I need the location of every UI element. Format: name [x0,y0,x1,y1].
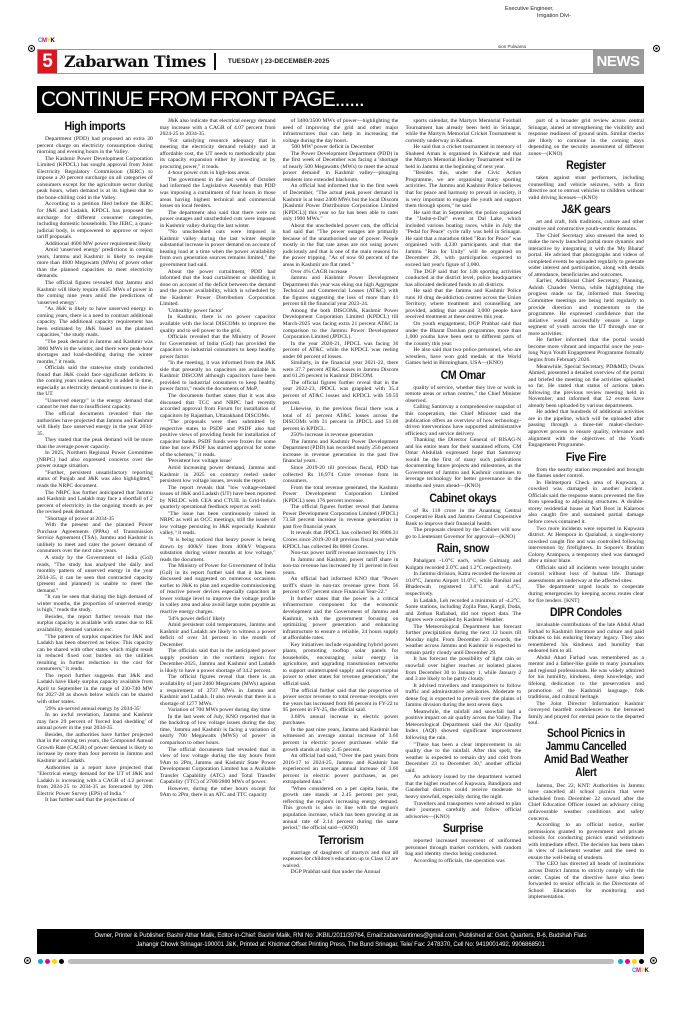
cmyk-k: K [50,38,54,44]
paragraph: In an awful revelation, Jammu and Kashmi… [37,712,153,732]
paragraph: The official figures reveal that there i… [160,674,276,707]
yellow-swatch [632,959,637,964]
article-headline: CM Omar [412,368,514,382]
paragraph: "There has been a clear improvement in a… [405,742,521,775]
paragraph: An advisory issued by the department war… [405,774,521,800]
paragraph: Officials said all incidents were brough… [528,565,644,585]
paragraph: part of a broader grid review across cen… [528,118,644,157]
paragraph: The proposals cleared by the Cabinet wil… [405,527,521,540]
paragraph: In Kashmir, there is no power capacitor … [160,314,276,334]
paragraph: Jammu and Kashmir Power Development Depa… [283,275,399,308]
paragraph: Pahalgam -1.0°C each, while Gulmarg and … [405,558,521,571]
paragraph: An official had informed that in the fir… [283,183,399,222]
section-badge: NEWS [593,50,643,73]
paragraph: "For satisfying resource adequacy that i… [160,138,276,171]
paragraph: The Meteorological Department has foreca… [405,624,521,657]
masthead-divider [214,53,216,70]
paragraph: "Unserved energy" is the energy demand t… [37,398,153,411]
paragraph: The Ministry of Power for Government of … [160,563,276,615]
paragraph: Jammu, Dec 22, KNT: Authorities in Jammu… [528,783,644,822]
article-columns: High imports Department (PDD) had propos… [37,118,644,926]
magenta-swatch [45,959,50,964]
paragraph: Abdul Ahad Farhad was remembered as a me… [528,655,644,701]
paragraph: Officials said the statewise study condu… [37,365,153,398]
paragraph: He said that in September, the police or… [405,210,521,269]
paragraph: Meanwhile, the rainfall and snowfall had… [405,709,521,742]
paragraph: The Kashmir Power Development Corporatio… [37,156,153,202]
paragraph: "As J&K is likely to have unserved energ… [37,306,153,339]
article-headline: DIPR Condoles [535,605,637,619]
paragraph: Amid 'unserved energy' predictions in co… [37,247,153,280]
paragraph: Two more incidents were reported in Kupw… [528,526,644,565]
paragraph: In Jammu division, Katra recorded the lo… [405,571,521,597]
cmyk-label: CMYK [38,38,55,44]
paragraph: The official figures further reveal that… [283,380,399,406]
subheading: 3.60% annual increase in electric power … [283,714,399,727]
paragraph: "It can be seen that during the high dem… [37,594,153,614]
column-4: sports calendar, the Martyrs Memorial Fo… [405,118,521,926]
top-note-line: Irrigation Divi- [505,13,635,20]
paragraph: However, during the other hours except f… [160,786,276,799]
paragraph: "The issue has been continuously raised … [160,511,276,537]
registration-mark-icon [650,957,657,964]
paragraph: It further states that the power is a cr… [283,596,399,642]
registration-mark-icon [653,45,660,52]
paragraph: reported increased movement of uniformed… [405,838,521,858]
article-headline: J&K gears [535,202,637,216]
yellow-swatch [52,959,57,964]
paragraph: Officials revealed that the Ministry of … [160,334,276,360]
paragraph: With the present and the planned Power P… [37,522,153,555]
article-headline: Terrorism [290,833,392,847]
registration-mark-icon [28,45,35,52]
paragraph: invaluable contributions of the late Abd… [528,622,644,655]
paragraph: "The peak demand in Jammu and Kashmir wa… [37,339,153,365]
subheading: Variation of 700 MWs power during day ti… [160,707,276,714]
subheading: Non-tax power tariff revenue increases b… [283,550,399,557]
paragraph: In the last week of July, KNO reported t… [160,714,276,747]
paragraph: The documents further states that it was… [160,393,276,419]
dateline: TUESDAY | 23-DECEMBER-2025 [220,50,593,73]
paragraph: quality of service, whether they live or… [405,385,521,405]
paragraph: "When considered on a per capita basis, … [283,786,399,832]
paragraph: The official figures further reveal that… [283,504,399,530]
column-2: J&K also indicate that electrical energy… [160,118,276,926]
paragraph: It has forecast the possibility of light… [405,656,521,682]
paragraph: The CEO has directed all heads of instit… [528,861,644,900]
paragraph: About the power curtailment, PDD had inf… [160,269,276,308]
paragraph: The official figures revealed that Jammu… [37,280,153,306]
article-headline: School Picnics in Jammu Cancelled Amid B… [535,728,637,780]
cmyk-k: K [644,968,648,974]
paragraph: "The proposals were then submitted by re… [160,419,276,458]
paragraph: The Jammu and Kashmir Power Development … [283,439,399,465]
paragraph: The government in the last week of Octob… [160,177,276,210]
paragraph: Among the both DISCOMs, Kashmir Power De… [283,308,399,341]
page-number: 5 [38,50,57,73]
paragraph: From the total revenue generated, the Ka… [283,485,399,505]
paragraph: An official had said, "Over the past yea… [283,753,399,786]
paragraph: J&K also indicate that electrical energy… [160,118,276,138]
paragraph: It reveals that JPDCL has collected Rs 8… [283,530,399,550]
black-swatch [639,959,644,964]
paragraph: "In the meeting, it was informed from th… [160,360,276,393]
paragraph: The department also said that there were… [160,210,276,230]
paragraph: It has further said that the projections… [37,797,153,804]
gray-bar [68,959,614,964]
banner-title: CONTINUE FROM FRONT PAGE...... [41,88,364,112]
cmyk-label: CMYK [632,968,649,974]
paragraph: The NRPC has further anticipated that Ja… [37,490,153,516]
paragraph: of Rs 118 crore in the Anantnag Central … [405,508,521,528]
paragraph: He added that hundreds of additional act… [528,409,644,448]
paragraph: He said that a cricket tournament in mem… [405,144,521,170]
article-headline: Five Fire [535,450,637,464]
paragraph: The official documents had revealed that… [160,747,276,786]
paragraph: Travellers and transporters were advised… [405,801,521,821]
paragraph: Earlier, Additional Chief Secretary, Pla… [528,278,644,337]
paragraph: Amid persistent cold temperatures, Jammu… [160,622,276,648]
paragraph: In the past nine years, Jammu and Kashmi… [283,727,399,753]
paragraph: Thanking the Director General of BISAG-N… [405,437,521,489]
black-swatch [59,959,64,964]
paragraph: Key initiatives include expanding hybrid… [283,642,399,688]
paragraph: taken against stunt performers, includin… [528,175,644,201]
paragraph: The Chief Secretary also stressed the ne… [528,233,644,279]
paragraph: The official documents revealed that the… [37,411,153,437]
paragraph: Authorities in a report have projected t… [37,765,153,798]
paragraph: According to officials, the operation wa… [405,858,521,865]
paragraph: of 3400/3500 MWs of power—highlighting t… [283,118,399,144]
paragraph: The report further suggests that J&K and… [37,673,153,706]
column-5: part of a broader grid review across cen… [528,118,644,926]
imprint-line-2: Jahangir Chowk Srinagar-190001 J&K, Prin… [37,941,644,950]
color-registration-bar [38,958,644,964]
paragraph: Besides, the authorities have further pr… [37,732,153,765]
page-banner: CONTINUE FROM FRONT PAGE...... [37,86,644,113]
paragraph: It advised travellers and transporters t… [405,683,521,709]
paragraph: Amid increasing power demand, Jammu and … [160,465,276,485]
paragraph: In 2025, Northern Regional Power Committ… [37,450,153,470]
paragraph: He said that the Jammu and Kashmir Polic… [405,288,521,321]
paragraph: "Besides this, under the Civic Action Pr… [405,170,521,209]
paragraph: "It is being noticed that heavy power is… [160,537,276,563]
paragraph: "The pattern of surplus capacities for J… [37,634,153,673]
article-headline: Rain, snow [412,541,514,555]
paragraph: An official had informed KNO that "Power… [283,576,399,596]
paragraph: Similarly, in the financial year 2021-22… [283,360,399,380]
paragraph: He further informed that the portal woul… [528,337,644,363]
newspaper-name: Zabarwan Times [57,50,212,73]
paragraph: Department (PDD) had proposed an extra 2… [37,136,153,156]
paragraph: The department urged locals to cooperate… [528,584,644,604]
paragraph: from the nearby station responded and br… [528,467,644,480]
paragraph: In Helmetpora Check area of Kupwara, a c… [528,480,644,526]
paragraph: The Joint Director Information Kashmir c… [528,701,644,727]
paragraph: art and craft, folk traditions, culture … [528,219,644,232]
article-headline: Surprise [412,821,514,835]
paragraph: According to an official notice, earlier… [528,822,644,861]
paragraph: sports calendar, the Martyrs Memorial Fo… [405,118,521,144]
cyan-swatch [38,959,43,964]
paragraph: In Jammu and Kashmir, power tariff share… [283,557,399,577]
paragraph: A study by the Government of India (GoI)… [37,555,153,594]
imprint-line-1: Owner, Printer & Publisher: Bashir Athar… [37,932,644,941]
paragraph: In Ladakh, Leh recorded a minimum of -4.… [405,598,521,624]
registration-mark-icon [24,957,31,964]
paragraph: Likewise, in the previous fiscal there w… [283,406,399,432]
top-note-continuation: Executive Engineer, Irrigation Divi- [505,6,635,19]
paragraph: The officials said that in the anticipat… [160,648,276,674]
paragraph: marriage of daughters of martyrs and tha… [283,850,399,870]
imprint-footer: Owner, Printer & Publisher: Bashir Athar… [37,929,644,954]
paragraph: The DGP said that for 148 sporting activ… [405,269,521,289]
article-headline: Register [535,158,637,172]
paragraph: The official further said that the propo… [283,688,399,714]
paragraph: "Further, persistent unsatisfactory repo… [37,470,153,490]
column-3: of 3400/3500 MWs of power—highlighting t… [283,118,399,926]
cyan-swatch [618,959,623,964]
article-headline: High imports [44,119,146,133]
column-1: High imports Department (PDD) had propos… [37,118,153,926]
paragraph: They stated that the peak demand will be… [37,437,153,450]
paragraph: Meanwhile, Special Secretary, PD&MD, Owa… [528,364,644,410]
paragraph: The Power Development Department (PDD) i… [283,151,399,184]
paragraph: He also said that two police personnel, … [405,347,521,367]
masthead: 5 Zabarwan Times TUESDAY | 23-DECEMBER-2… [37,49,644,74]
paragraph: The report reveals that "low voltage-rel… [160,485,276,511]
paragraph: Besides, the report further reveals that… [37,614,153,634]
article-headline: Cabinet okays [412,491,514,505]
paragraph: Calling Sammvay a comprehensive snapshot… [405,404,521,437]
paragraph: According to a petition filed before the… [37,201,153,240]
magenta-swatch [625,959,630,964]
paragraph: DGP Prabhat said that under the Annual [283,869,399,876]
paragraph: Since 2019-20 till previous fiscal, PDD … [283,465,399,485]
paragraph: About the unscheduled power cuts, the of… [283,223,399,269]
paragraph: In the year 2020-21, JPDCL was facing 30… [283,341,399,361]
paragraph: On youth engagement, DGP Prabhat said th… [405,321,521,347]
paragraph: "No unscheduled cuts were imposed in Kas… [160,229,276,268]
